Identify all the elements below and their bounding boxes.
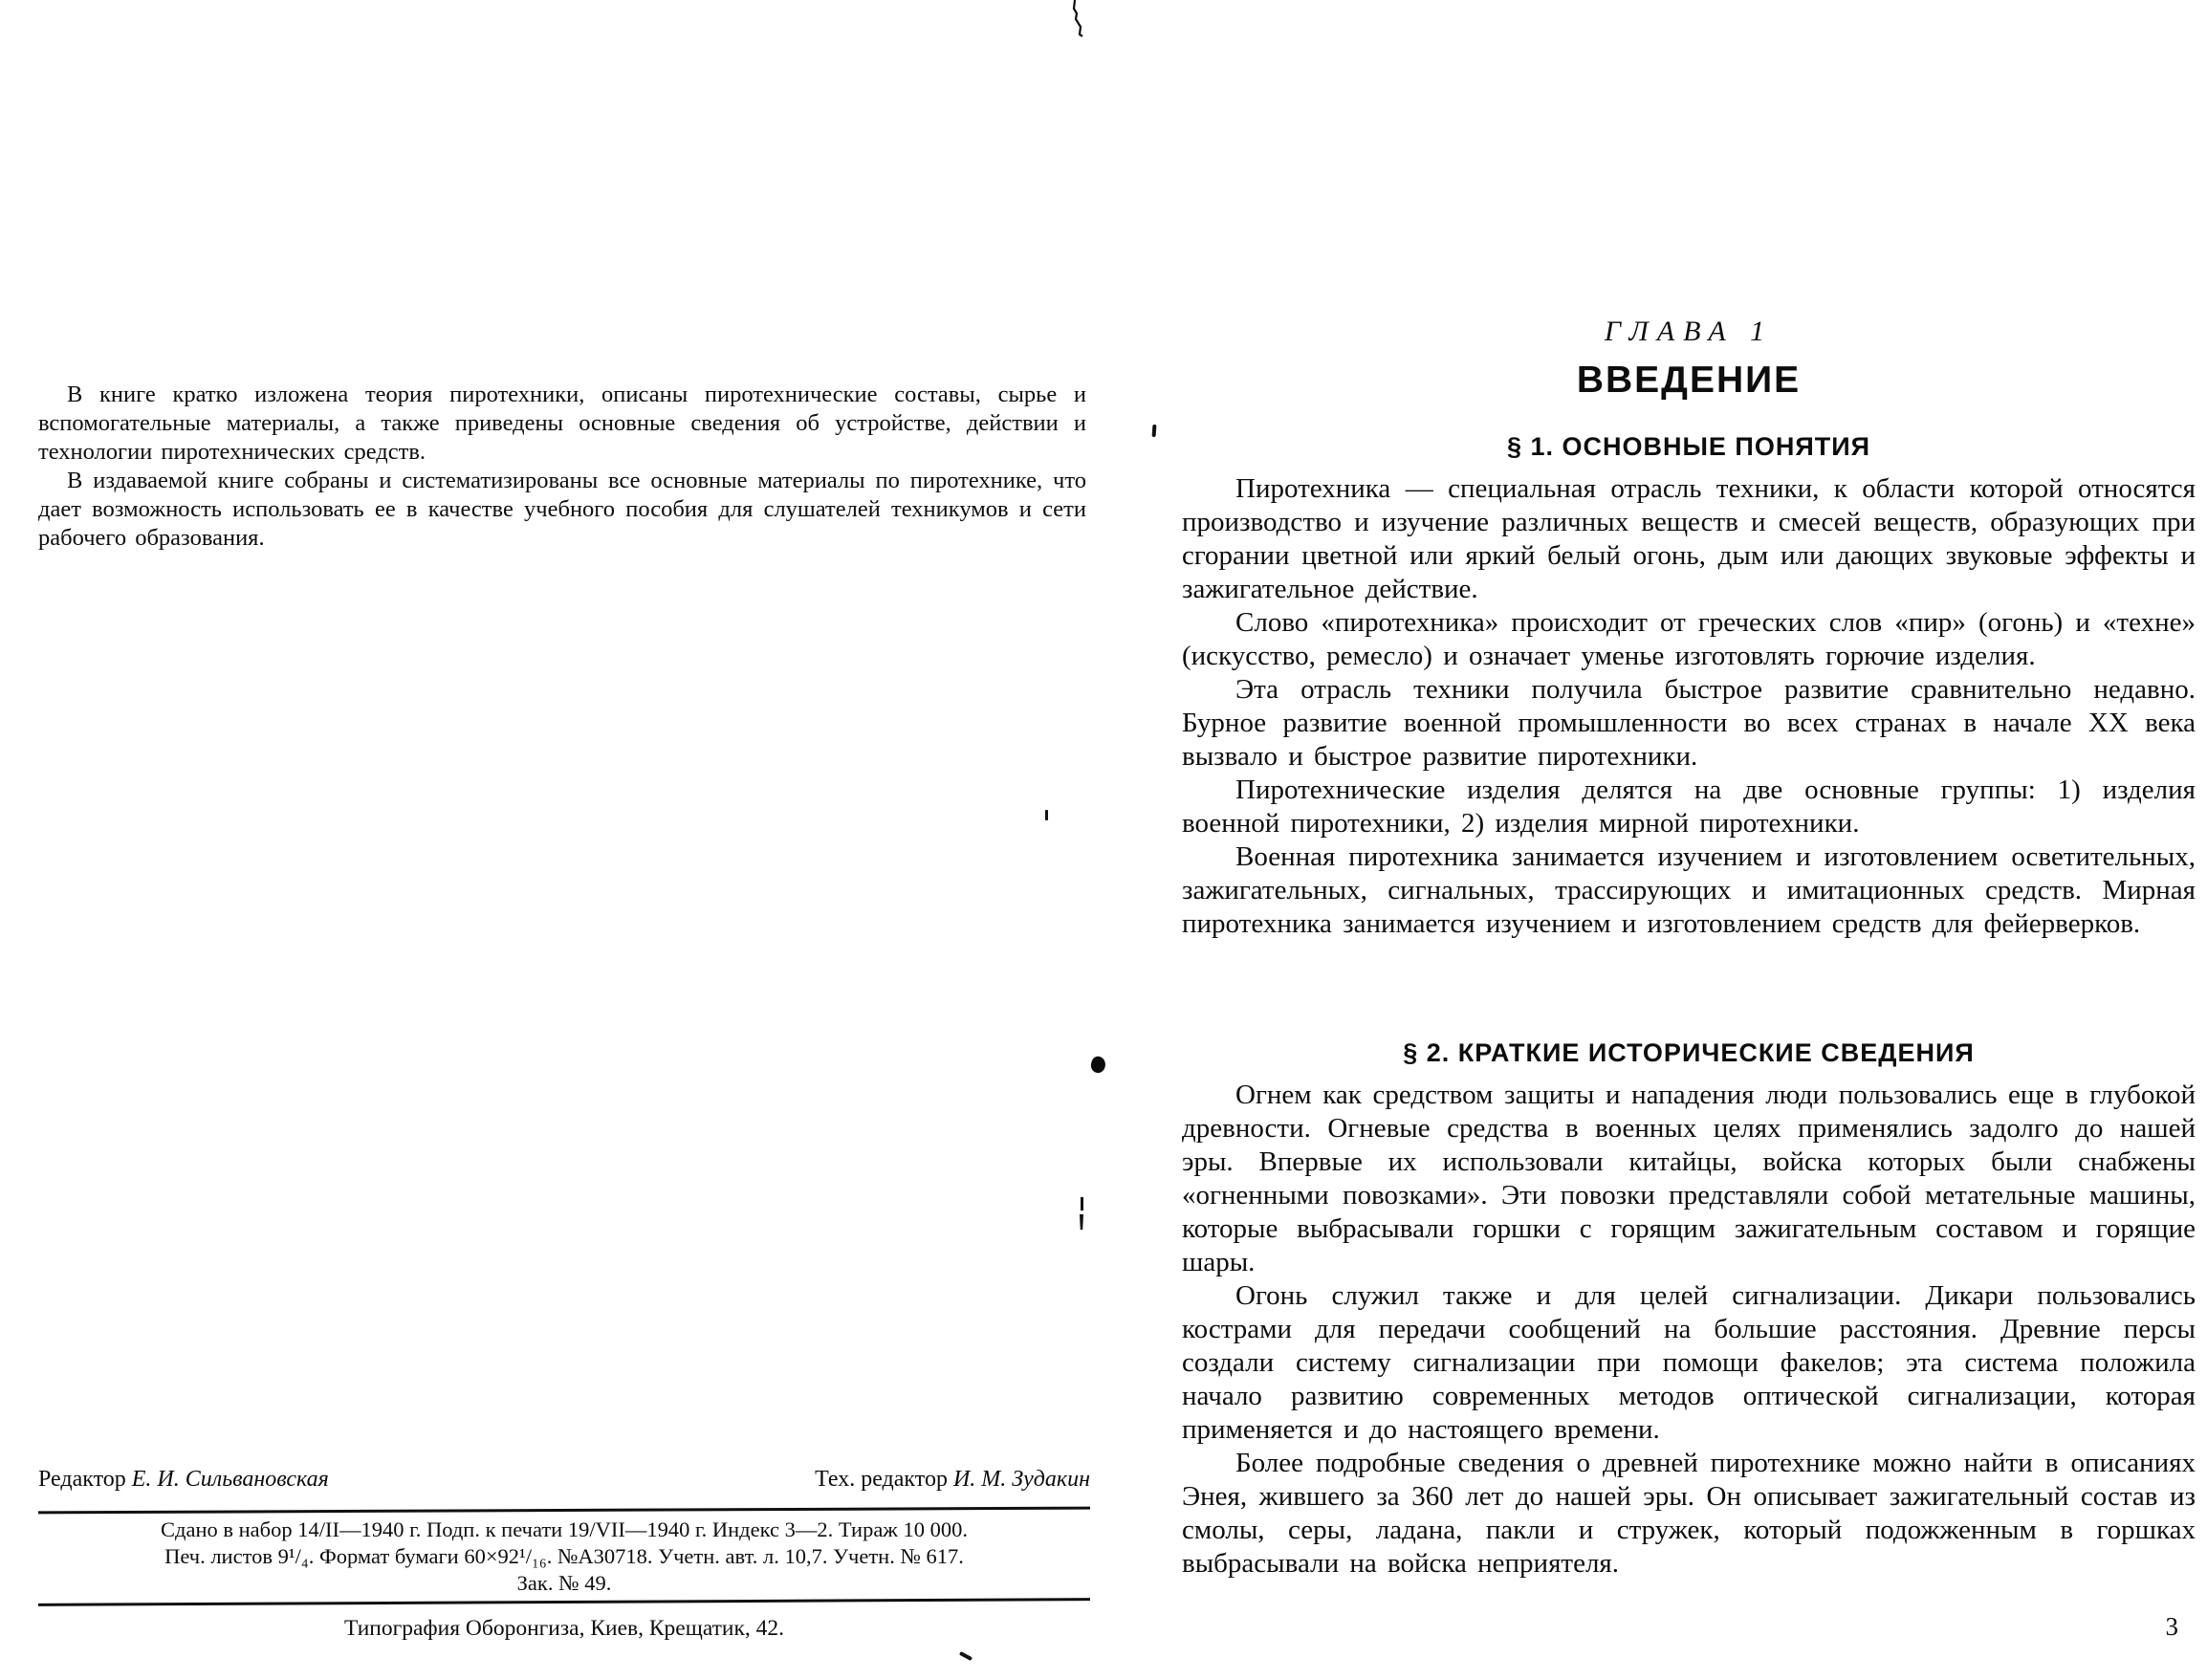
horizontal-rule bbox=[38, 1507, 1090, 1515]
editor-name: Е. И. Сильвановская bbox=[132, 1467, 329, 1492]
section1-heading: § 1. ОСНОВНЫЕ ПОНЯТИЯ bbox=[1182, 432, 2196, 462]
section1-body: Пиротехника — специальная отрасль техник… bbox=[1182, 472, 2196, 941]
annotation-block: В книге кратко изложена теория пиротехни… bbox=[38, 381, 1086, 553]
body-paragraph: Огнем как средством защиты и нападения л… bbox=[1182, 1079, 2196, 1279]
book-scan-spread: В книге кратко изложена теория пиротехни… bbox=[0, 0, 2207, 1680]
scan-artifact-tick bbox=[1152, 425, 1157, 437]
chapter-heading: ГЛАВА 1 bbox=[1182, 316, 2196, 348]
page-number: 3 bbox=[2140, 1612, 2178, 1642]
imprint-lines: Сдано в набор 14/II—1940 г. Подп. к печа… bbox=[38, 1516, 1090, 1597]
imprint-block: Редактор Е. И. Сильвановская Тех. редакт… bbox=[38, 1467, 1090, 1493]
body-paragraph: Эта отрасль техники получила быстрое раз… bbox=[1182, 673, 2196, 774]
scan-artifact-dashed-tick bbox=[1080, 1197, 1085, 1233]
page-title: ВВЕДЕНИЕ bbox=[1182, 360, 2196, 402]
editor-credit: Редактор Е. И. Сильвановская bbox=[38, 1467, 329, 1493]
body-paragraph: Слово «пиротехника» происходит от гречес… bbox=[1182, 606, 2196, 673]
annotation-paragraph: В издаваемой книге собраны и систематизи… bbox=[38, 467, 1086, 553]
scan-artifact-squiggle bbox=[1067, 0, 1088, 43]
horizontal-rule bbox=[38, 1598, 1090, 1606]
body-paragraph: Пиротехнические изделия делятся на две о… bbox=[1182, 774, 2196, 840]
scan-artifact-speck bbox=[959, 1651, 972, 1661]
section2-body: Огнем как средством защиты и нападения л… bbox=[1182, 1079, 2196, 1581]
body-paragraph: Огонь служил также и для целей сигнализа… bbox=[1182, 1279, 2196, 1447]
scan-artifact-ink-blob bbox=[1089, 1055, 1108, 1075]
imprint-line: Сдано в набор 14/II—1940 г. Подп. к печа… bbox=[38, 1516, 1090, 1543]
imprint-line: Зак. № 49. bbox=[38, 1570, 1090, 1597]
section2-heading: § 2. КРАТКИЕ ИСТОРИЧЕСКИЕ СВЕДЕНИЯ bbox=[1182, 1038, 2196, 1068]
imprint-line: Печ. листов 9¹/₄. Формат бумаги 60×92¹/₁… bbox=[38, 1543, 1090, 1570]
scan-artifact-tick bbox=[1045, 810, 1048, 820]
editor-label: Редактор bbox=[38, 1467, 132, 1492]
body-paragraph: Более подробные сведения о древней пирот… bbox=[1182, 1447, 2196, 1581]
body-paragraph: Военная пиротехника занимается изучением… bbox=[1182, 840, 2196, 941]
tech-editor-label: Тех. редактор bbox=[815, 1467, 953, 1492]
editors-row: Редактор Е. И. Сильвановская Тех. редакт… bbox=[38, 1467, 1090, 1493]
printer-line: Типография Оборонгиза, Киев, Крещатик, 4… bbox=[38, 1616, 1090, 1642]
tech-editor-credit: Тех. редактор И. М. Зудакин bbox=[815, 1467, 1090, 1493]
body-paragraph: Пиротехника — специальная отрасль техник… bbox=[1182, 472, 2196, 606]
annotation-paragraph: В книге кратко изложена теория пиротехни… bbox=[38, 381, 1086, 467]
tech-editor-name: И. М. Зудакин bbox=[953, 1467, 1090, 1492]
